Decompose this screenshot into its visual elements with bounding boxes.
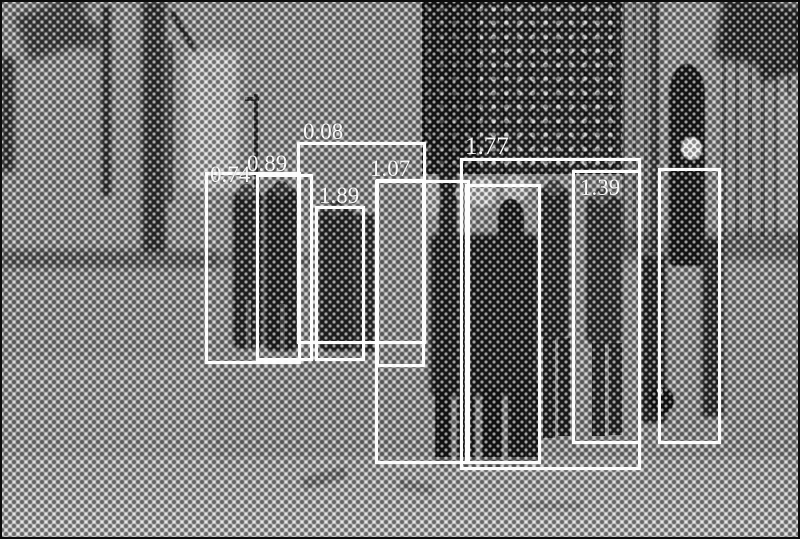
detection-score: 0.08 bbox=[303, 120, 343, 143]
detection-score: 0.74 bbox=[210, 163, 250, 186]
detection-layer: 0.740.890.081.891.071.771.39 bbox=[2, 2, 798, 537]
detection-box bbox=[375, 180, 470, 464]
detection-score: 1.07 bbox=[370, 157, 410, 180]
detection-box bbox=[658, 168, 721, 444]
detection-score: 1.39 bbox=[580, 176, 620, 199]
figure-canvas: 0.740.890.081.891.071.771.39 bbox=[0, 0, 800, 539]
detection-score: 0.89 bbox=[247, 152, 287, 175]
detection-score: 1.77 bbox=[465, 134, 509, 159]
detection-box: 1.89 bbox=[315, 206, 365, 361]
detection-score: 1.89 bbox=[319, 184, 359, 207]
detection-box: 1.39 bbox=[572, 170, 641, 444]
